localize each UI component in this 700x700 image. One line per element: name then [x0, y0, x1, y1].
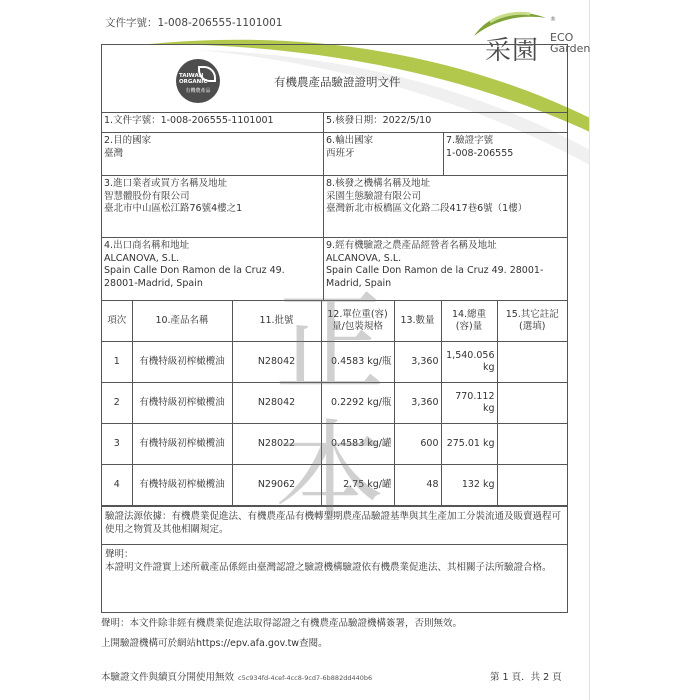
exporter-address: Spain Calle Don Ramon de la Cruz 49. 280…: [104, 265, 321, 290]
table-row: 2有機特級初榨橄欖油N280420.2292 kg/瓶3,360770.112 …: [102, 382, 567, 423]
export-country-value: 西班牙: [326, 148, 441, 161]
row-4-9: 4.出口商名稱和地址 ALCANOVA, S.L. Spain Calle Do…: [102, 238, 567, 301]
cert-number-label: 7.驗證字號: [446, 135, 565, 148]
cell-batch: N28042: [232, 382, 321, 423]
field-importer: 3.進口業者或買方名稱及地址 智慧體股份有限公司 臺北市中山區松江路76號4樓之…: [102, 176, 324, 237]
row-2-6-7: 2.目的國家 臺灣 6.輸出國家 西班牙 7.驗證字號 1-008-206555: [102, 133, 567, 176]
items-header-row: 項次 10.產品名稱 11.批號 12.單位重(容)量/包裝規格 13.數量 1…: [102, 301, 567, 341]
cell-note: [497, 341, 567, 382]
importer-name: 智慧體股份有限公司: [104, 191, 321, 204]
operator-address: Spain Calle Don Ramon de la Cruz 49. 280…: [326, 265, 565, 290]
field-issuing-body: 8.核發之機構名稱及地址 采園生態驗證有限公司 臺灣新北市板橋區文化路二段417…: [324, 176, 567, 237]
col-header-note: 15.其它註記(選填): [497, 301, 567, 341]
taiwan-organic-badge: TAIWAN ORGANIC 有機農產品: [176, 59, 220, 103]
cell-batch: N29062: [232, 464, 321, 505]
cell-total: 275.01 kg: [441, 423, 497, 464]
col-header-batch: 11.批號: [232, 301, 321, 341]
col-header-unit: 12.單位重(容)量/包裝規格: [321, 301, 394, 341]
cell-unit: 0.4583 kg/罐: [321, 423, 394, 464]
cell-note: [497, 382, 567, 423]
issuing-body-address: 臺灣新北市板橋區文化路二段417巷6號（1樓）: [326, 203, 565, 216]
table-row: 1有機特級初榨橄欖油N280420.4583 kg/瓶3,3601,540.05…: [102, 341, 567, 382]
exporter-label: 4.出口商名稱和地址: [104, 240, 321, 253]
cell-batch: N28022: [232, 423, 321, 464]
field-export-country: 6.輸出國家 西班牙: [324, 133, 444, 175]
col-header-product: 10.產品名稱: [132, 301, 232, 341]
cell-qty: 600: [394, 423, 441, 464]
statement: 聲明： 本證明文件證實上述所載產品係經由臺灣認證之驗證機構驗證依有機農業促進法、…: [102, 544, 567, 612]
importer-address: 臺北市中山區松江路76號4樓之1: [104, 203, 321, 216]
document-title: 有機農產品驗證證明文件: [274, 74, 401, 90]
badge-line3: 有機農產品: [176, 87, 220, 94]
cell-name: 有機特級初榨橄欖油: [132, 423, 232, 464]
footer-notice-1: 聲明：本文件除非經有機農業促進法取得認證之有機農產品驗證機構簽署，否則無效。: [101, 615, 462, 629]
badge-line2: ORGANIC: [179, 79, 207, 85]
cell-unit: 0.2292 kg/瓶: [321, 382, 394, 423]
row-1-5: 1.文件字號：1-008-206555-1101001 5.核發日期：2022/…: [102, 113, 567, 133]
registered-mark: ®: [550, 16, 556, 23]
title-area: TAIWAN ORGANIC 有機農產品 有機農產品驗證證明文件: [102, 45, 567, 113]
col-header-total: 14.總重(容)量: [441, 301, 497, 341]
cell-no: 1: [102, 341, 132, 382]
statement-text: 本證明文件證實上述所載產品係經由臺灣認證之驗證機構驗證依有機農業促進法、其相關子…: [105, 561, 564, 575]
col-header-no: 項次: [102, 301, 132, 341]
cell-batch: N28042: [232, 341, 321, 382]
cell-unit: 2.75 kg/罐: [321, 464, 394, 505]
certificate-frame: TAIWAN ORGANIC 有機農產品 有機農產品驗證證明文件 1.文件字號：…: [101, 44, 568, 613]
separate-use-text: 本驗證文件與續頁分開使用無效: [101, 672, 234, 683]
destination-label: 2.目的國家: [104, 135, 321, 148]
cell-no: 2: [102, 382, 132, 423]
cell-name: 有機特級初榨橄欖油: [132, 464, 232, 505]
cert-number-value: 1-008-206555: [446, 148, 565, 161]
cell-no: 4: [102, 464, 132, 505]
field-certified-operator: 9.經有機驗證之農產品經營者名稱及地址 ALCANOVA, S.L. Spain…: [324, 238, 567, 300]
field-destination-country: 2.目的國家 臺灣: [102, 133, 324, 175]
page-edge: [589, 0, 590, 700]
operator-label: 9.經有機驗證之農產品經營者名稱及地址: [326, 240, 565, 253]
cell-qty: 48: [394, 464, 441, 505]
field-issue-date: 5.核發日期：2022/5/10: [324, 113, 567, 132]
cell-note: [497, 423, 567, 464]
cell-qty: 3,360: [394, 341, 441, 382]
cell-total: 770.112 kg: [441, 382, 497, 423]
badge-text: TAIWAN ORGANIC: [179, 73, 207, 85]
field-doc-number: 1.文件字號：1-008-206555-1101001: [102, 113, 324, 132]
issuing-body-name: 采園生態驗證有限公司: [326, 191, 565, 204]
cell-total: 1,540.056 kg: [441, 341, 497, 382]
cell-no: 3: [102, 423, 132, 464]
operator-name: ALCANOVA, S.L.: [326, 253, 565, 266]
destination-value: 臺灣: [104, 148, 321, 161]
legal-basis: 驗證法源依據：有機農業促進法、有機農產品有機轉型期農產品驗證基準與其生產加工分裝…: [102, 506, 567, 544]
cell-name: 有機特級初榨橄欖油: [132, 341, 232, 382]
row-3-8: 3.進口業者或買方名稱及地址 智慧體股份有限公司 臺北市中山區松江路76號4樓之…: [102, 176, 567, 238]
field-exporter: 4.出口商名稱和地址 ALCANOVA, S.L. Spain Calle Do…: [102, 238, 324, 300]
exporter-name: ALCANOVA, S.L.: [104, 253, 321, 266]
cell-total: 132 kg: [441, 464, 497, 505]
cell-qty: 3,360: [394, 382, 441, 423]
statement-label: 聲明：: [105, 548, 564, 562]
table-row: 4有機特級初榨橄欖油N290622.75 kg/罐48132 kg: [102, 464, 567, 505]
export-country-label: 6.輸出國家: [326, 135, 441, 148]
footer-separate-use: 本驗證文件與續頁分開使用無效c5c934fd-4cef-4cc8-9cd7-6b…: [101, 669, 372, 683]
importer-label: 3.進口業者或買方名稱及地址: [104, 178, 321, 191]
field-cert-number: 7.驗證字號 1-008-206555: [444, 133, 567, 175]
cell-name: 有機特級初榨橄欖油: [132, 382, 232, 423]
cell-note: [497, 464, 567, 505]
footer-notice-2: 上開驗證機構可於網站https://epv.afa.gov.tw查閱。: [101, 635, 328, 649]
cell-unit: 0.4583 kg/瓶: [321, 341, 394, 382]
items-table: 項次 10.產品名稱 11.批號 12.單位重(容)量/包裝規格 13.數量 1…: [102, 301, 567, 506]
page-number: 第 1 頁．共 2 頁: [490, 669, 562, 683]
document-number-header: 文件字號：1-008-206555-1101001: [105, 15, 282, 30]
document-hash: c5c934fd-4cef-4cc8-9cd7-6b882dd440b6: [238, 674, 372, 682]
issuing-body-label: 8.核發之機構名稱及地址: [326, 178, 565, 191]
table-row: 3有機特級初榨橄欖油N280220.4583 kg/罐600275.01 kg: [102, 423, 567, 464]
col-header-qty: 13.數量: [394, 301, 441, 341]
